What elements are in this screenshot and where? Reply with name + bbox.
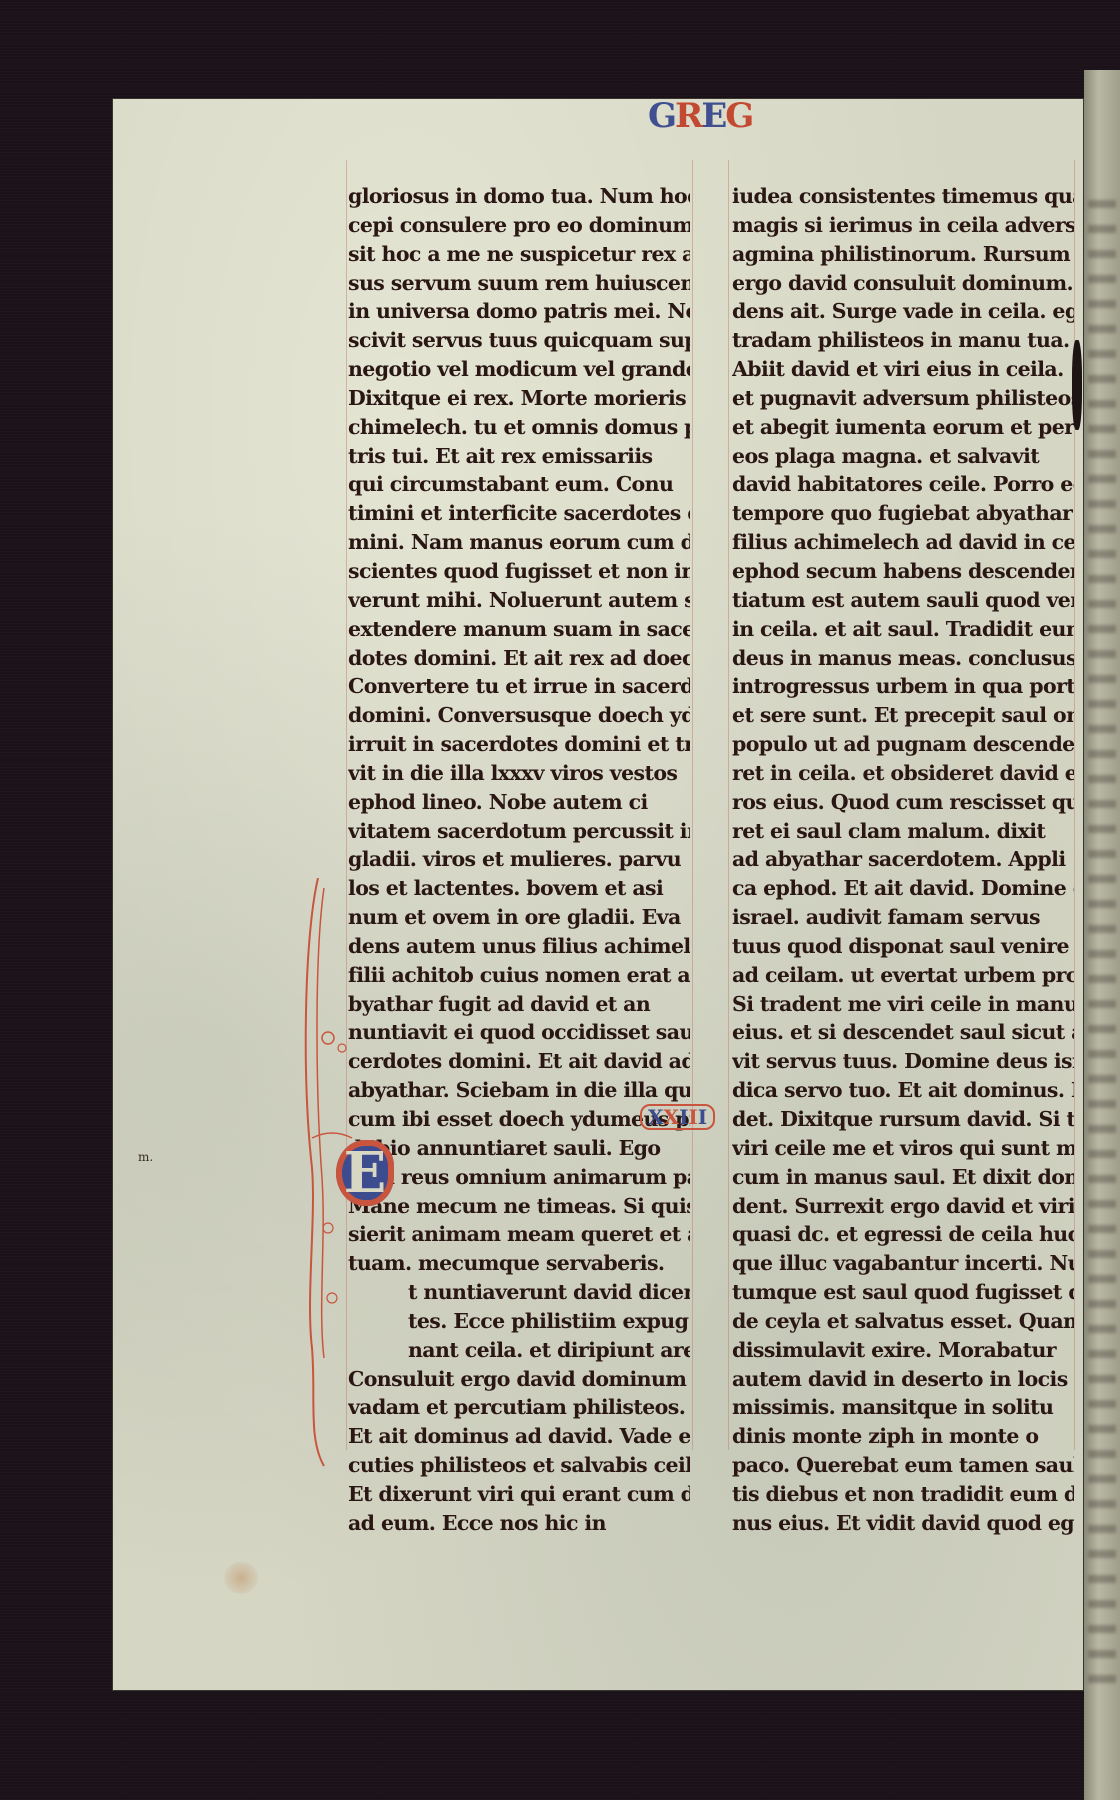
text-line: eos plaga magna. et salvavit (732, 442, 1074, 471)
running-head-letter: E (701, 96, 725, 136)
text-line: mini. Nam manus eorum cum david est. (348, 528, 690, 557)
chapter-numeral: X (664, 1105, 680, 1129)
text-column-left: gloriosus in domo tua. Num hodiecepi con… (348, 182, 690, 1538)
text-line: qui circumstabant eum. Conu (348, 470, 690, 499)
text-line: vit in die illa lxxxv viros vestos (348, 759, 690, 788)
text-line: irruit in sacerdotes domini et trucida (348, 730, 690, 759)
text-line: cuties philisteos et salvabis ceila. (348, 1451, 690, 1480)
text-line: que illuc vagabantur incerti. Nuncia (732, 1249, 1074, 1278)
text-line: negotio vel modicum vel grande. (348, 355, 690, 384)
text-line: Abiit david et viri eius in ceila. (732, 355, 1074, 384)
text-line: Et ait dominus ad david. Vade et per (348, 1422, 690, 1451)
text-line: sit hoc a me ne suspicetur rex adu (348, 240, 690, 269)
text-line: ad abyathar sacerdotem. Appli (732, 845, 1074, 874)
text-line: gloriosus in domo tua. Num hodie (348, 182, 690, 211)
text-line: cerdotes domini. Et ait david ad (348, 1047, 690, 1076)
text-line: sum reus omnium animarum patris tui. (348, 1163, 690, 1192)
text-line: et pugnavit adversum philisteos (732, 384, 1074, 413)
running-head-letter: G (725, 96, 752, 136)
margin-annotation: m. (138, 1150, 153, 1164)
text-line: dissimulavit exire. Morabatur (732, 1336, 1074, 1365)
ruling-line (728, 160, 729, 1450)
text-line: t nuntiaverunt david dicen (348, 1278, 690, 1307)
text-line: num et ovem in ore gladii. Eva (348, 903, 690, 932)
facing-page-edge (1084, 70, 1120, 1800)
text-line: byathar fugit ad david et an (348, 990, 690, 1019)
text-line: gladii. viros et mulieres. parvu (348, 845, 690, 874)
text-line: in universa domo patris mei. Non enim (348, 297, 690, 326)
text-line: populo ut ad pugnam descende (732, 730, 1074, 759)
text-line: in ceila. et ait saul. Tradidit eum (732, 615, 1074, 644)
text-line: tiatum est autem sauli quod venisset dav… (732, 586, 1074, 615)
text-line: viri ceile me et viros qui sunt me (732, 1134, 1074, 1163)
text-line: tradam philisteos in manu tua. (732, 326, 1074, 355)
text-line: iudea consistentes timemus quanto (732, 182, 1074, 211)
text-line: dubio annuntiaret sauli. Ego (348, 1134, 690, 1163)
text-line: magis si ierimus in ceila adversus (732, 211, 1074, 240)
text-column-right: iudea consistentes timemus quantomagis s… (732, 182, 1074, 1538)
text-line: israel. audivit famam servus (732, 903, 1074, 932)
text-line: domini. Conversusque doech ydumeus (348, 701, 690, 730)
text-line: filii achitob cuius nomen erat a (348, 961, 690, 990)
text-line: dens ait. Surge vade in ceila. ego enim (732, 297, 1074, 326)
decorated-initial: E (336, 1140, 394, 1206)
text-line: ergo david consuluit dominum. Qui respon (732, 269, 1074, 298)
text-line: Et dixerunt viri qui erant cum david (348, 1480, 690, 1509)
text-line: timini et interficite sacerdotes do (348, 499, 690, 528)
text-line: ephod lineo. Nobe autem ci (348, 788, 690, 817)
text-line: abyathar. Sciebam in die illa quod (348, 1076, 690, 1105)
text-line: dinis monte ziph in monte o (732, 1422, 1074, 1451)
text-line: tuus quod disponat saul venire (732, 932, 1074, 961)
text-line: Convertere tu et irrue in sacerdotes (348, 672, 690, 701)
text-line: et sere sunt. Et precepit saul omni (732, 701, 1074, 730)
text-line: ad eum. Ecce nos hic in (348, 1509, 690, 1538)
text-line: scientes quod fugisset et non indica (348, 557, 690, 586)
text-line: ca ephod. Et ait david. Domine deus (732, 874, 1074, 903)
text-line: agmina philistinorum. Rursum (732, 240, 1074, 269)
text-line: ret in ceila. et obsideret david et vi (732, 759, 1074, 788)
text-line: chimelech. tu et omnis domus pa (348, 413, 690, 442)
text-line: tris tui. Et ait rex emissariis (348, 442, 690, 471)
text-line: verunt mihi. Noluerunt autem servi ei (348, 586, 690, 615)
bleed-through-mark (1072, 340, 1082, 430)
ruling-line (692, 160, 693, 1450)
text-line: Consuluit ergo david dominum dicens. Num (348, 1365, 690, 1394)
text-line: dent. Surrexit ergo david et viri eius (732, 1192, 1074, 1221)
running-head: GREG (648, 96, 752, 136)
text-line: Dixitque ei rex. Morte morieris a (348, 384, 690, 413)
text-line: tempore quo fugiebat abyathar (732, 499, 1074, 528)
text-line: scivit servus tuus quicquam super hoc (348, 326, 690, 355)
text-line: los et lactentes. bovem et asi (348, 874, 690, 903)
text-line: Si tradent me viri ceile in manus (732, 990, 1074, 1019)
text-line: et abegit iumenta eorum et percussit (732, 413, 1074, 442)
text-line: dica servo tuo. Et ait dominus. Desce (732, 1076, 1074, 1105)
text-line: sus servum suum rem huiuscemodi (348, 269, 690, 298)
text-line: extendere manum suam in sacer (348, 615, 690, 644)
text-line: deus in manus meas. conclususque est (732, 644, 1074, 673)
text-line: ephod secum habens descenderat. Nun (732, 557, 1074, 586)
text-line: david habitatores ceile. Porro eo (732, 470, 1074, 499)
text-line: sierit animam meam queret et animam (348, 1220, 690, 1249)
text-line: ad ceilam. ut evertat urbem propter me. (732, 961, 1074, 990)
text-line: vit servus tuus. Domine deus israel in (732, 1047, 1074, 1076)
foxing-stain (224, 1562, 258, 1594)
text-line: nant ceila. et diripiunt areas. (348, 1336, 690, 1365)
text-line: eius. et si descendet saul sicut audi (732, 1018, 1074, 1047)
text-line: autem david in deserto in locis fir (732, 1365, 1074, 1394)
text-line: vadam et percutiam philisteos. (348, 1393, 690, 1422)
running-head-letter: G (648, 96, 675, 136)
text-line: det. Dixitque rursum david. Si tradent (732, 1105, 1074, 1134)
text-line: filius achimelech ad david in ceila (732, 528, 1074, 557)
text-line: nus eius. Et vidit david quod egressus (732, 1509, 1074, 1538)
text-line: tumque est saul quod fugisset david (732, 1278, 1074, 1307)
text-line: nuntiavit ei quod occidisset saul sa (348, 1018, 690, 1047)
text-line: Mane mecum ne timeas. Si quis que (348, 1192, 690, 1221)
text-line: cum in manus saul. Et dixit dominus. Tra (732, 1163, 1074, 1192)
text-line: tis diebus et non tradidit eum deus in m… (732, 1480, 1074, 1509)
text-line: dens autem unus filius achimelech (348, 932, 690, 961)
text-line: vitatem sacerdotum percussit in ore (348, 817, 690, 846)
text-line: cepi consulere pro eo dominum. Ab (348, 211, 690, 240)
text-line: missimis. mansitque in solitu (732, 1393, 1074, 1422)
text-line: ros eius. Quod cum rescisset quod prepar… (732, 788, 1074, 817)
text-line: tes. Ecce philistiim expug (348, 1307, 690, 1336)
text-line: introgressus urbem in qua porte (732, 672, 1074, 701)
text-line: ret ei saul clam malum. dixit (732, 817, 1074, 846)
text-line: dotes domini. Et ait rex ad doech. (348, 644, 690, 673)
chapter-number-marker: XXIII (640, 1104, 715, 1130)
chapter-numeral: I (688, 1105, 697, 1129)
running-head-letter: R (675, 96, 701, 136)
text-line: cum ibi esset doech ydumeus procul (348, 1105, 690, 1134)
text-line: tuam. mecumque servaberis. (348, 1249, 690, 1278)
text-line: paco. Querebat eum tamen saul cunc (732, 1451, 1074, 1480)
chapter-numeral: X (648, 1105, 664, 1129)
chapter-numeral: I (698, 1105, 707, 1129)
text-line: de ceyla et salvatus esset. Quamobrem (732, 1307, 1074, 1336)
text-line: quasi dc. et egressi de ceila huc at (732, 1220, 1074, 1249)
